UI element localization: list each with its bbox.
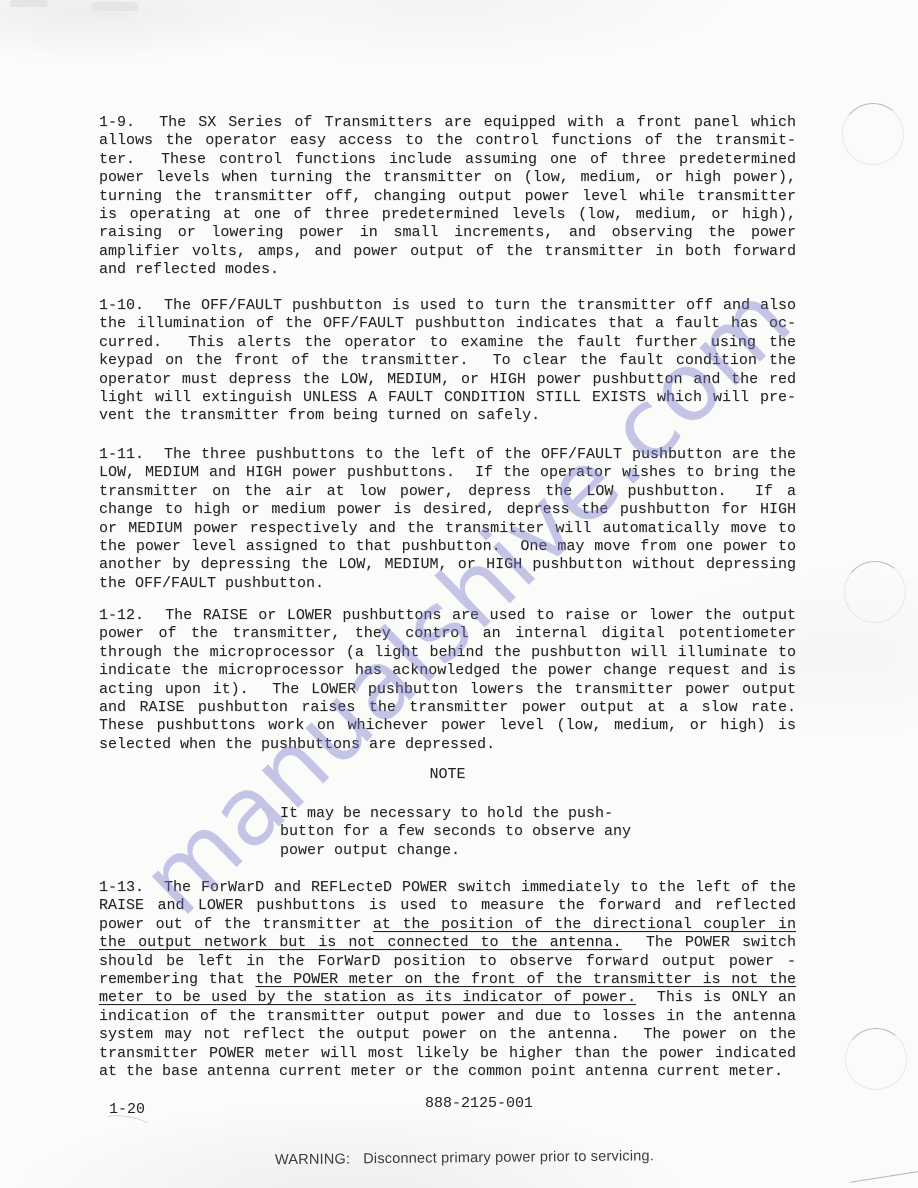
text-segment: change to high or medium power is desire… bbox=[99, 501, 796, 518]
note-body: It may be necessary to hold the push-but… bbox=[280, 805, 720, 860]
paragraph-1-9: 1-9. The SX Series of Transmitters are e… bbox=[99, 114, 796, 280]
punch-hole-mark bbox=[841, 558, 909, 626]
text-segment: 1-12. The RAISE or LOWER pushbuttons are… bbox=[99, 607, 796, 624]
text-line: indicate the microprocessor has acknowle… bbox=[99, 662, 796, 680]
text-segment: button for a few seconds to observe any bbox=[280, 823, 631, 840]
paragraph-1-10: 1-10. The OFF/FAULT pushbutton is used t… bbox=[99, 297, 796, 426]
text-line: power of the transmitter, they control a… bbox=[99, 625, 796, 643]
text-line: raising or lowering power in small incre… bbox=[99, 224, 796, 242]
text-line: turning the transmitter off, changing ou… bbox=[99, 188, 796, 206]
text-segment: vent the transmitter from being turned o… bbox=[99, 407, 540, 424]
text-segment: raising or lowering power in small incre… bbox=[99, 224, 796, 241]
text-line: curred. This alerts the operator to exam… bbox=[99, 334, 796, 352]
text-line: and RAISE pushbutton raises the transmit… bbox=[99, 699, 796, 717]
text-line: power output change. bbox=[280, 842, 720, 860]
text-segment: allows the operator easy access to the c… bbox=[99, 132, 796, 149]
punch-hole-mark bbox=[842, 1025, 910, 1093]
text-line: transmitter on the air at low power, dep… bbox=[99, 483, 796, 501]
footer-document-number: 888-2125-001 bbox=[425, 1095, 533, 1112]
text-segment: light will extinguish UNLESS A FAULT CON… bbox=[99, 389, 796, 406]
text-segment: system may not reflect the output power … bbox=[99, 1026, 796, 1043]
text-line: change to high or medium power is desire… bbox=[99, 501, 796, 519]
paragraph-1-13: 1-13. The ForWarD and REFLecteD POWER sw… bbox=[99, 879, 796, 1081]
text-segment: The POWER switch bbox=[622, 934, 796, 951]
text-line: at the base antenna current meter or the… bbox=[99, 1063, 796, 1081]
text-segment: transmitter on the air at low power, dep… bbox=[99, 483, 796, 500]
text-line: meter to be used by the station as its i… bbox=[99, 989, 796, 1007]
text-line: button for a few seconds to observe any bbox=[280, 823, 720, 841]
text-line: amplifier volts, amps, and power output … bbox=[99, 243, 796, 261]
text-line: RAISE and LOWER pushbuttons is used to m… bbox=[99, 897, 796, 915]
warning-line: WARNING:Disconnect primary power prior t… bbox=[275, 1148, 695, 1168]
scan-smudge bbox=[92, 2, 138, 11]
text-line: 1-9. The SX Series of Transmitters are e… bbox=[99, 114, 796, 132]
paragraph-1-12: 1-12. The RAISE or LOWER pushbuttons are… bbox=[99, 607, 796, 754]
text-segment: should be left in the ForWarD position t… bbox=[99, 953, 796, 970]
text-line: transmitter POWER meter will most likely… bbox=[99, 1045, 796, 1063]
text-segment: amplifier volts, amps, and power output … bbox=[99, 243, 796, 260]
text-line: power out of the transmitter at the posi… bbox=[99, 916, 796, 934]
text-line: the power level assigned to that pushbut… bbox=[99, 538, 796, 556]
text-line: vent the transmitter from being turned o… bbox=[99, 407, 796, 425]
text-segment: curred. This alerts the operator to exam… bbox=[99, 334, 796, 351]
text-segment: These pushbuttons work on whichever powe… bbox=[99, 717, 796, 734]
text-segment: It may be necessary to hold the push- bbox=[280, 805, 613, 822]
text-line: should be left in the ForWarD position t… bbox=[99, 953, 796, 971]
text-line: operator must depress the LOW, MEDIUM, o… bbox=[99, 371, 796, 389]
text-segment: RAISE and LOWER pushbuttons is used to m… bbox=[99, 897, 796, 914]
text-line: the illumination of the OFF/FAULT pushbu… bbox=[99, 315, 796, 333]
scan-smudge bbox=[10, 0, 48, 7]
text-line: keypad on the front of the transmitter. … bbox=[99, 352, 796, 370]
underlined-text: at the position of the directional coupl… bbox=[373, 916, 796, 933]
text-segment: 1-10. The OFF/FAULT pushbutton is used t… bbox=[99, 297, 796, 314]
text-segment: through the microprocessor (a light behi… bbox=[99, 644, 796, 661]
text-segment: 1-9. The SX Series of Transmitters are e… bbox=[99, 114, 796, 131]
text-line: through the microprocessor (a light behi… bbox=[99, 644, 796, 662]
text-segment: keypad on the front of the transmitter. … bbox=[99, 352, 796, 369]
text-line: allows the operator easy access to the c… bbox=[99, 132, 796, 150]
text-segment: acting upon it). The LOWER pushbutton lo… bbox=[99, 681, 796, 698]
text-segment: This is ONLY an bbox=[636, 989, 796, 1006]
text-segment: the power level assigned to that pushbut… bbox=[99, 538, 796, 555]
text-segment: selected when the pushbuttons are depres… bbox=[99, 736, 495, 753]
text-line: It may be necessary to hold the push- bbox=[280, 805, 720, 823]
text-segment: power output change. bbox=[280, 842, 460, 859]
text-line: system may not reflect the output power … bbox=[99, 1026, 796, 1044]
page-edge-mark bbox=[850, 1170, 918, 1183]
text-segment: at the base antenna current meter or the… bbox=[99, 1063, 783, 1080]
text-line: or MEDIUM power respectively and the tra… bbox=[99, 520, 796, 538]
warning-text: Disconnect primary power prior to servic… bbox=[363, 1148, 654, 1167]
text-segment: is operating at one of three predetermin… bbox=[99, 206, 796, 223]
text-segment: indicate the microprocessor has acknowle… bbox=[99, 662, 796, 679]
text-line: remembering that the POWER meter on the … bbox=[99, 971, 796, 989]
note-heading: NOTE bbox=[99, 766, 796, 783]
text-line: power levels when turning the transmitte… bbox=[99, 169, 796, 187]
text-segment: 1-13. The ForWarD and REFLecteD POWER sw… bbox=[99, 879, 796, 896]
text-segment: remembering that bbox=[99, 971, 255, 988]
text-segment: and reflected modes. bbox=[99, 261, 279, 278]
text-line: is operating at one of three predetermin… bbox=[99, 206, 796, 224]
text-line: 1-13. The ForWarD and REFLecteD POWER sw… bbox=[99, 879, 796, 897]
text-segment: the illumination of the OFF/FAULT pushbu… bbox=[99, 315, 796, 332]
warning-label: WARNING: bbox=[275, 1151, 350, 1168]
text-line: 1-10. The OFF/FAULT pushbutton is used t… bbox=[99, 297, 796, 315]
paragraph-1-11: 1-11. The three pushbuttons to the left … bbox=[99, 446, 796, 593]
scan-smudge bbox=[96, 14, 130, 18]
text-line: These pushbuttons work on whichever powe… bbox=[99, 717, 796, 735]
text-line: indication of the transmitter output pow… bbox=[99, 1008, 796, 1026]
text-segment: power of the transmitter, they control a… bbox=[99, 625, 796, 642]
text-line: 1-11. The three pushbuttons to the left … bbox=[99, 446, 796, 464]
text-line: 1-12. The RAISE or LOWER pushbuttons are… bbox=[99, 607, 796, 625]
underlined-text: the output network but is not connected … bbox=[99, 934, 622, 951]
text-segment: power levels when turning the transmitte… bbox=[99, 169, 796, 186]
underlined-text: meter to be used by the station as its i… bbox=[99, 989, 636, 1006]
text-line: light will extinguish UNLESS A FAULT CON… bbox=[99, 389, 796, 407]
text-line: and reflected modes. bbox=[99, 261, 796, 279]
underlined-text: the POWER meter on the front of the tran… bbox=[255, 971, 796, 988]
text-segment: power out of the transmitter bbox=[99, 916, 373, 933]
text-line: selected when the pushbuttons are depres… bbox=[99, 736, 796, 754]
punch-hole-mark bbox=[839, 100, 907, 168]
text-segment: 1-11. The three pushbuttons to the left … bbox=[99, 446, 796, 463]
text-segment: the OFF/FAULT pushbutton. bbox=[99, 575, 324, 592]
text-segment: ter. These control functions include ass… bbox=[99, 151, 796, 168]
text-segment: and RAISE pushbutton raises the transmit… bbox=[99, 699, 796, 716]
text-segment: operator must depress the LOW, MEDIUM, o… bbox=[99, 371, 796, 388]
text-segment: transmitter POWER meter will most likely… bbox=[99, 1045, 796, 1062]
document-page: 1-9. The SX Series of Transmitters are e… bbox=[0, 0, 918, 1188]
text-line: LOW, MEDIUM and HIGH power pushbuttons. … bbox=[99, 464, 796, 482]
text-line: ter. These control functions include ass… bbox=[99, 151, 796, 169]
text-line: the output network but is not connected … bbox=[99, 934, 796, 952]
text-segment: indication of the transmitter output pow… bbox=[99, 1008, 796, 1025]
text-line: acting upon it). The LOWER pushbutton lo… bbox=[99, 681, 796, 699]
text-segment: another by depressing the LOW, MEDIUM, o… bbox=[99, 556, 796, 573]
text-segment: turning the transmitter off, changing ou… bbox=[99, 188, 796, 205]
text-segment: LOW, MEDIUM and HIGH power pushbuttons. … bbox=[99, 464, 796, 481]
text-segment: or MEDIUM power respectively and the tra… bbox=[99, 520, 796, 537]
text-line: the OFF/FAULT pushbutton. bbox=[99, 575, 796, 593]
text-line: another by depressing the LOW, MEDIUM, o… bbox=[99, 556, 796, 574]
